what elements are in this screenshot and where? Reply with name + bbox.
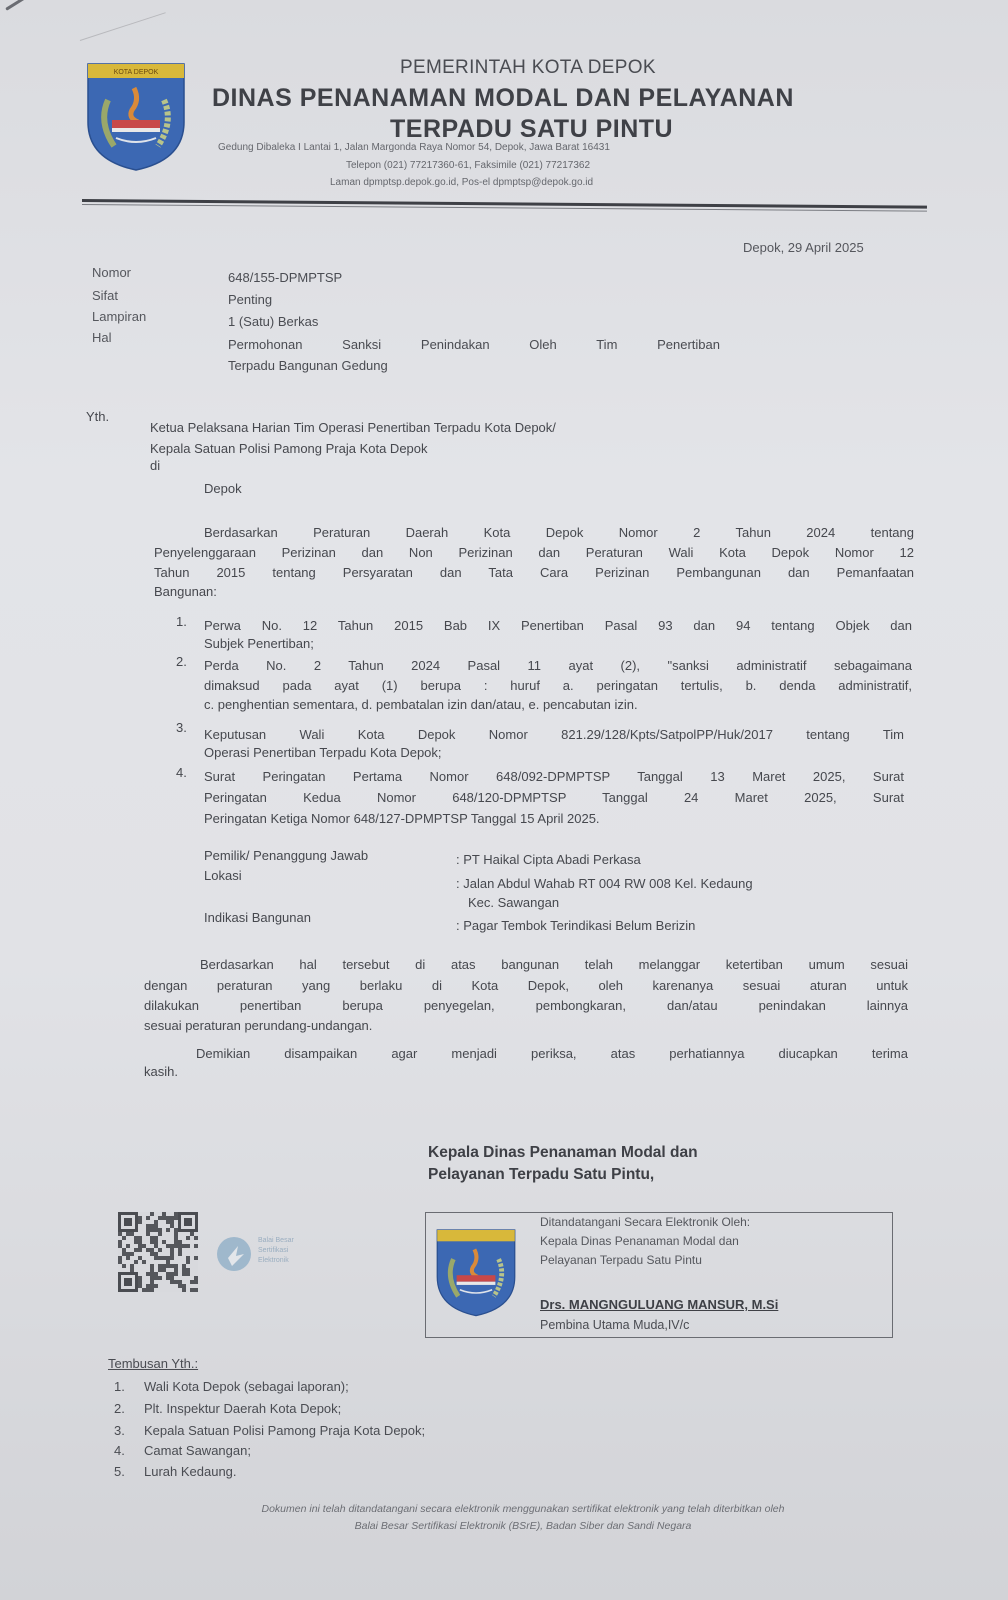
agency-address: Gedung Dibaleka I Lantai 1, Jalan Margon… [218, 142, 610, 153]
agency-phone: Telepon (021) 77217360-61, Faksimile (02… [346, 160, 590, 171]
list-item: 5.Lurah Kedaung. [114, 1464, 237, 1479]
recipient-line1: Ketua Pelaksana Harian Tim Operasi Pener… [150, 420, 556, 435]
recipient-at: di [150, 458, 160, 473]
detail-value: : Jalan Abdul Wahab RT 004 RW 008 Kel. K… [456, 876, 753, 891]
meta-value: Penting [228, 292, 272, 307]
meta-label: Lampiran [92, 309, 146, 324]
bsre-logo: Balai Besar Sertifikasi Elektronik [214, 1230, 324, 1278]
agency-title-line1: DINAS PENANAMAN MODAL DAN PELAYANAN [212, 84, 794, 113]
agency-web: Laman dpmptsp.depok.go.id, Pos-el dpmpts… [330, 177, 593, 188]
e-signature-position-line2: Pelayanan Terpadu Satu Pintu [540, 1253, 702, 1267]
meta-label: Hal [92, 330, 112, 345]
detail-label: Pemilik/ Penanggung Jawab [204, 848, 368, 863]
government-name: PEMERINTAH KOTA DEPOK [400, 57, 656, 79]
meta-value: 648/155-DPMPTSP [228, 270, 342, 285]
detail-label: Lokasi [204, 868, 242, 883]
recipient-line2: Kepala Satuan Polisi Pamong Praja Kota D… [150, 441, 428, 456]
qr-code-icon [118, 1212, 198, 1292]
recipient-prefix: Yth. [86, 409, 109, 424]
meta-label: Sifat [92, 288, 118, 303]
detail-label: Indikasi Bangunan [204, 910, 311, 925]
subject-line2: Terpadu Bangunan Gedung [228, 358, 388, 373]
list-item: 4.Camat Sawangan; [114, 1443, 251, 1458]
detail-value: : Pagar Tembok Terindikasi Belum Berizin [456, 918, 695, 933]
e-signature-disclaimer-line1: Dokumen ini telah ditandatangani secara … [118, 1503, 928, 1515]
carbon-copy-title: Tembusan Yth.: [108, 1356, 198, 1371]
agency-title-line2: TERPADU SATU PINTU [390, 115, 673, 144]
e-signature-label: Ditandatangani Secara Elektronik Oleh: [540, 1215, 750, 1229]
letter-date: Depok, 29 April 2025 [743, 240, 864, 255]
bsre-emblem-icon [214, 1234, 254, 1274]
list-item: 2.Plt. Inspektur Daerah Kota Depok; [114, 1401, 341, 1416]
detail-value: : PT Haikal Cipta Abadi Perkasa [456, 852, 641, 867]
subject-line1: Permohonan Sanksi Penindakan Oleh Tim Pe… [228, 337, 720, 352]
signatory-title-line2: Pelayanan Terpadu Satu Pintu, [428, 1166, 654, 1184]
meta-value: 1 (Satu) Berkas [228, 314, 318, 329]
kota-depok-emblem-icon: KOTA DEPOK [84, 60, 188, 172]
signatory-title-line1: Kepala Dinas Penanaman Modal dan [428, 1144, 698, 1162]
e-signature-position-line1: Kepala Dinas Penanaman Modal dan [540, 1234, 739, 1248]
recipient-city: Depok [204, 481, 242, 496]
e-signature-disclaimer-line2: Balai Besar Sertifikasi Elektronik (BSrE… [118, 1520, 928, 1532]
pen-mark [5, 0, 47, 11]
list-item: 1.Wali Kota Depok (sebagai laporan); [114, 1379, 349, 1394]
signatory-rank: Pembina Utama Muda,IV/c [540, 1318, 689, 1332]
detail-value: Kec. Sawangan [468, 895, 559, 910]
signatory-name: Drs. MANGNGULUANG MANSUR, M.Si [540, 1297, 778, 1312]
list-item: 3.Kepala Satuan Polisi Pamong Praja Kota… [114, 1423, 425, 1438]
meta-label: Nomor [92, 265, 131, 280]
paper-crease [80, 12, 166, 41]
kota-depok-emblem-icon [434, 1226, 518, 1318]
svg-text:KOTA DEPOK: KOTA DEPOK [114, 69, 159, 76]
